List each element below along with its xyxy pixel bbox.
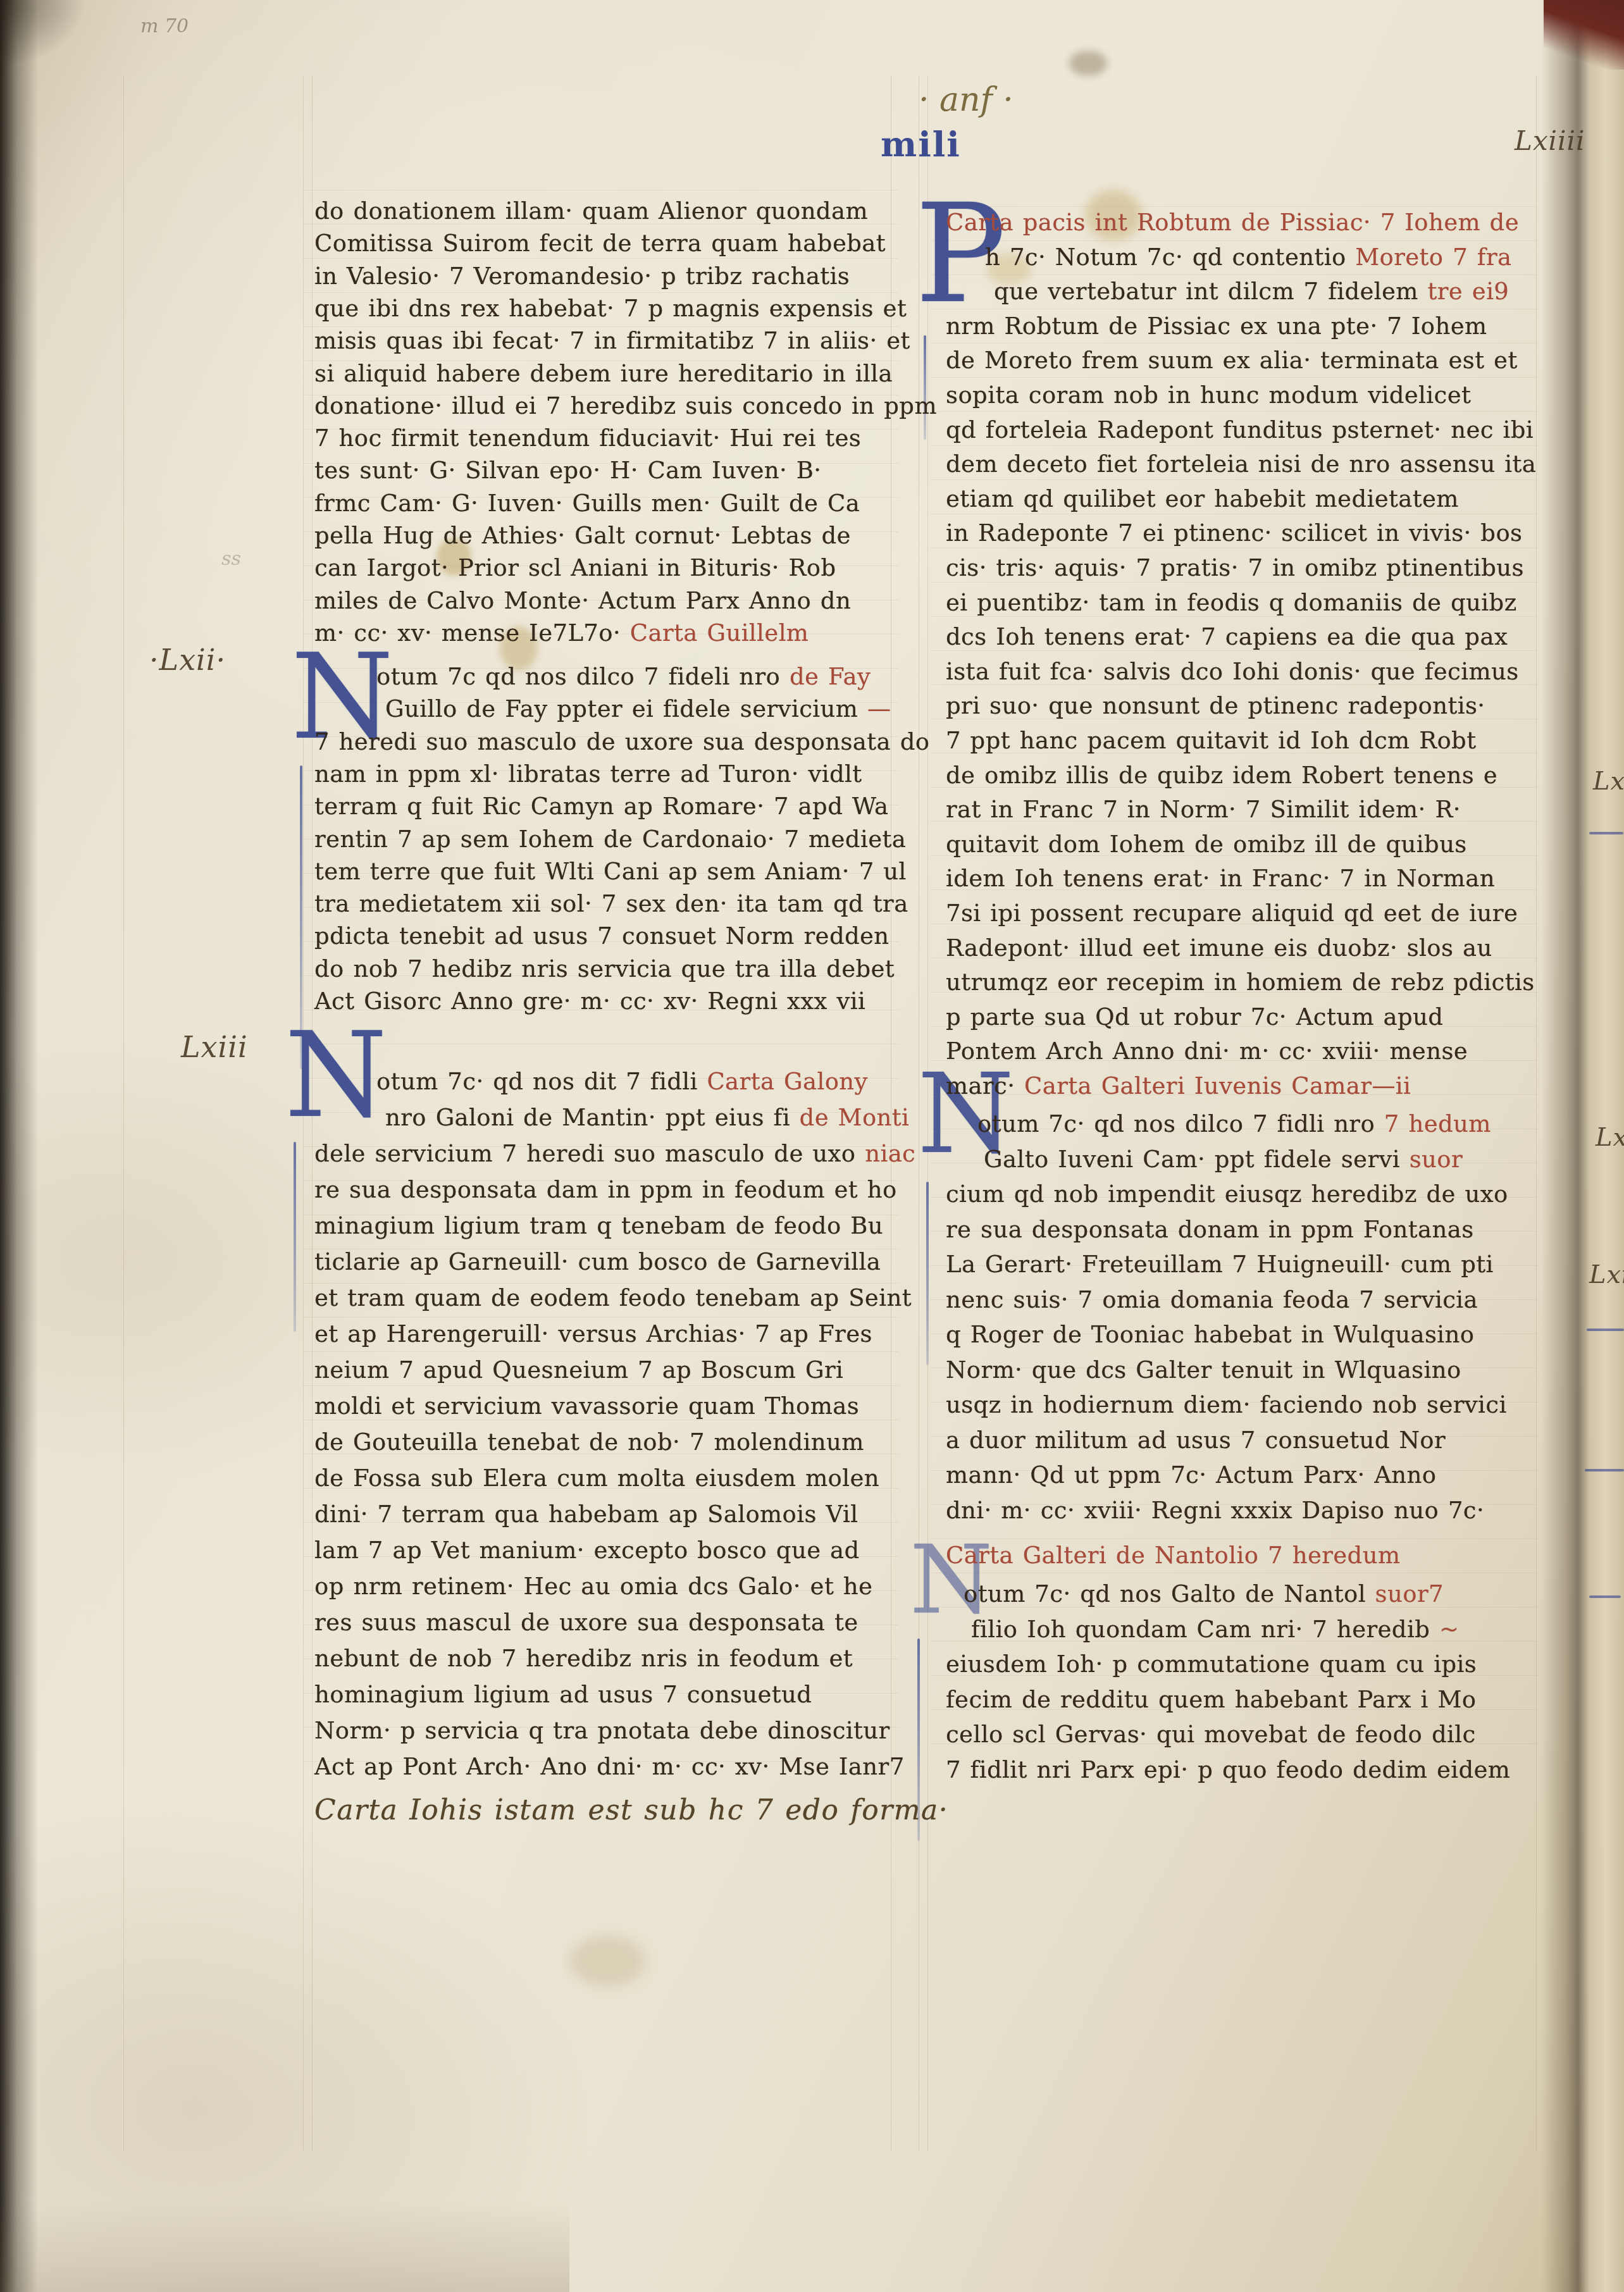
body-text: fecim de redditu quem habebant Parx i Mo [946, 1686, 1476, 1713]
body-text: 7 heredi suo masculo de uxore sua despon… [314, 728, 929, 755]
text-line: can Iargot· Prior scl Aniani in Bituris·… [314, 554, 836, 581]
rubric-text: tre ei9 [1428, 278, 1509, 305]
header-ink-mark: · anf · [919, 81, 1013, 119]
text-line: 7 hoc firmit tenendum fiduciavit· Hui re… [314, 424, 861, 452]
text-line: frmc Cam· G· Iuven· Guills men· Guilt de… [314, 490, 860, 517]
text-line: tes sunt· G· Silvan epo· H· Cam Iuven· B… [314, 457, 822, 484]
text-line: re sua desponsata donam in ppm Fontanas [946, 1216, 1474, 1243]
text-line: neium 7 apud Quesneium 7 ap Boscum Gri [314, 1356, 843, 1384]
body-text: nam in ppm xl· libratas terre ad Turon· … [314, 760, 862, 788]
text-line: re sua desponsata dam in ppm in feodum e… [314, 1176, 897, 1203]
text-line: Act Gisorc Anno gre· m· cc· xv· Regni xx… [314, 988, 865, 1015]
body-text: dele servicium 7 heredi suo masculo de u… [314, 1140, 865, 1167]
text-line: dini· 7 terram qua habebam ap Salomois V… [314, 1501, 858, 1528]
body-text: re sua desponsata dam in ppm in feodum e… [314, 1176, 897, 1203]
text-line: in Valesio· 7 Veromandesio· p tribz rach… [314, 263, 850, 290]
body-text: tra medietatem xii sol· 7 sex den· ita t… [314, 890, 908, 917]
rubric-text: Carta pacis int Robtum de Pissiac· 7 Ioh… [946, 209, 1519, 236]
body-text: ista fuit fca· salvis dco Iohi donis· qu… [946, 658, 1519, 685]
text-line: minagium ligium tram q tenebam de feodo … [314, 1212, 883, 1239]
text-line: tra medietatem xii sol· 7 sex den· ita t… [314, 890, 908, 917]
text-line: 7 fidlit nri Parx epi· p quo feodo dedim… [946, 1756, 1510, 1783]
body-text: etiam qd quilibet eor habebit medietatem [946, 485, 1459, 512]
text-line: Guillo de Fay ppter ei fidele servicium … [385, 695, 891, 722]
text-line: otum 7c· qd nos Galto de Nantol suor7 [964, 1580, 1444, 1607]
top-left-corner-shadow [0, 0, 139, 101]
text-line: usqz in hodiernum diem· faciendo nob ser… [946, 1391, 1507, 1418]
body-text: tes sunt· G· Silvan epo· H· Cam Iuven· B… [314, 457, 822, 484]
body-text: 7 hoc firmit tenendum fiduciavit· Hui re… [314, 424, 861, 452]
body-text: Act Gisorc Anno gre· m· cc· xv· Regni xx… [314, 988, 865, 1015]
rubric-text: Carta Galony [707, 1068, 868, 1095]
text-line: 7 heredi suo masculo de uxore sua despon… [314, 728, 929, 755]
manuscript-page: · anf · mili m 70 ss NNPNN do donationem… [0, 0, 1624, 2292]
text-line: otum 7c· qd nos dit 7 fidli Carta Galony [376, 1068, 868, 1095]
body-text: de Gouteuilla tenebat de nob· 7 molendin… [314, 1428, 864, 1456]
initial-flourish [924, 335, 926, 440]
body-text: cium qd nob impendit eiusqz heredibz de … [946, 1180, 1508, 1208]
text-line: Comitissa Suirom fecit de terra quam hab… [314, 230, 886, 257]
rubric-text: suor7 [1375, 1580, 1444, 1607]
body-text: Norm· que dcs Galter tenuit in Wlquasino [946, 1356, 1461, 1384]
text-line: q Roger de Tooniac habebat in Wulquasino [946, 1321, 1474, 1348]
text-line: otum 7c qd nos dilco 7 fideli nro de Fay [376, 663, 871, 690]
initial-flourish [926, 1182, 929, 1365]
text-line: nebunt de nob 7 heredibz nris in feodum … [314, 1645, 853, 1672]
text-line: misis quas ibi fecat· 7 in firmitatibz 7… [314, 327, 910, 354]
text-line: moldi et servicium vavassorie quam Thoma… [314, 1392, 859, 1420]
body-text: rentin 7 ap sem Iohem de Cardonaio· 7 me… [314, 826, 906, 853]
text-line: qd forteleia Radepont funditus psternet·… [946, 416, 1534, 443]
body-text: in Radeponte 7 ei ptinenc· scilicet in v… [946, 519, 1523, 547]
facing-page-numeral-fragment: Lx [1596, 1123, 1624, 1152]
body-text: nro Galoni de Mantin· ppt eius fi [385, 1104, 800, 1131]
text-line: Norm· p servicia q tra pnotata debe dino… [314, 1717, 890, 1744]
margin-rule-line [123, 76, 124, 2151]
chapter-numeral-left: ·Lxii· [149, 643, 226, 677]
facing-page-blue-stroke [1589, 1595, 1621, 1598]
rubric-text: niac [865, 1140, 915, 1167]
body-text: mann· Qd ut ppm 7c· Actum Parx· Anno [946, 1461, 1436, 1489]
body-text: hominagium ligium ad usus 7 consuetud [314, 1681, 812, 1708]
body-text: do nob 7 hedibz nris servicia que tra il… [314, 955, 895, 982]
text-line: do donationem illam· quam Alienor quonda… [314, 197, 868, 225]
body-text: que ibi dns rex habebat· 7 p magnis expe… [314, 295, 907, 322]
text-line: Act ap Pont Arch· Ano dni· m· cc· xv· Ms… [314, 1753, 905, 1780]
text-line: si aliquid habere debem iure hereditario… [314, 360, 893, 387]
stain [569, 1936, 645, 1986]
chapter-numeral-right: Lxiiii [1515, 125, 1585, 156]
text-line: sopita coram nob in hunc modum videlicet [946, 381, 1471, 409]
body-text: dni· m· cc· xviii· Regni xxxix Dapiso nu… [946, 1497, 1484, 1524]
body-text: sopita coram nob in hunc modum videlicet [946, 381, 1471, 409]
body-text: Carta Iohis istam est sub hc 7 edo forma… [314, 1794, 948, 1826]
body-text: misis quas ibi fecat· 7 in firmitatibz 7… [314, 327, 910, 354]
body-text: de Fossa sub Elera cum molta eiusdem mol… [314, 1465, 879, 1492]
text-line: fecim de redditu quem habebant Parx i Mo [946, 1686, 1476, 1713]
body-text: nenc suis· 7 omia domania feoda 7 servic… [946, 1286, 1478, 1313]
body-text: q Roger de Tooniac habebat in Wulquasino [946, 1321, 1474, 1348]
body-text: tem terre que fuit Wlti Cani ap sem Ania… [314, 858, 907, 885]
text-line: pella Hug de Athies· Galt cornut· Lebtas… [314, 522, 851, 549]
body-text: rat in Franc 7 in Norm· 7 Similit idem· … [946, 796, 1461, 823]
body-text: pella Hug de Athies· Galt cornut· Lebtas… [314, 522, 851, 549]
text-line: de omibz illis de quibz idem Robert tene… [946, 762, 1497, 789]
initial-flourish [294, 1142, 296, 1332]
body-text: de omibz illis de quibz idem Robert tene… [946, 762, 1497, 789]
body-text: in Valesio· 7 Veromandesio· p tribz rach… [314, 263, 850, 290]
text-line: a duor militum ad usus 7 consuetud Nor [946, 1427, 1446, 1454]
body-text: minagium ligium tram q tenebam de feodo … [314, 1212, 883, 1239]
text-line: 7si ipi possent recupare aliquid qd eet … [946, 900, 1518, 927]
text-line: cello scl Gervas· qui movebat de feodo d… [946, 1721, 1476, 1748]
body-text: frmc Cam· G· Iuven· Guills men· Guilt de… [314, 490, 860, 517]
body-text: et ap Harengeruill· versus Archias· 7 ap… [314, 1320, 872, 1347]
body-text: Guillo de Fay ppter ei fidele servicium [385, 695, 867, 722]
text-line: Carta pacis int Robtum de Pissiac· 7 Ioh… [946, 209, 1519, 236]
body-text: nebunt de nob 7 heredibz nris in feodum … [314, 1645, 853, 1672]
pencil-note: m 70 [140, 15, 189, 37]
facing-page-blue-stroke [1589, 832, 1623, 834]
text-line: lam 7 ap Vet manium· excepto bosco que a… [314, 1537, 860, 1564]
text-line: do nob 7 hedibz nris servicia que tra il… [314, 955, 895, 982]
body-text: dini· 7 terram qua habebam ap Salomois V… [314, 1501, 858, 1528]
rubric-text: Carta Galteri de Nantolio 7 heredum [946, 1542, 1400, 1569]
body-text: a duor militum ad usus 7 consuetud Nor [946, 1427, 1446, 1454]
body-text: filio Ioh quondam Cam nri· 7 heredib [971, 1616, 1439, 1643]
stain [1069, 51, 1107, 76]
body-text: p parte sua Qd ut robur 7c· Actum apud [946, 1003, 1443, 1031]
text-line: m· cc· xv· mense Ie7L7o· Carta Guillelm [314, 619, 809, 647]
text-line: p parte sua Qd ut robur 7c· Actum apud [946, 1003, 1443, 1031]
body-text: que vertebatur int dilcm 7 fidelem [994, 278, 1428, 305]
text-line: miles de Calvo Monte· Actum Parx Anno dn [314, 587, 851, 614]
text-line: terram q fuit Ric Camyn ap Romare· 7 apd… [314, 793, 889, 820]
body-text: eiusdem Ioh· p commutatione quam cu ipis [946, 1651, 1477, 1678]
body-text: lam 7 ap Vet manium· excepto bosco que a… [314, 1537, 860, 1564]
text-line: nrm Robtum de Pissiac ex una pte· 7 Iohe… [946, 313, 1487, 340]
text-line: Norm· que dcs Galter tenuit in Wlquasino [946, 1356, 1461, 1384]
text-line: La Gerart· Freteuillam 7 Huigneuill· cum… [946, 1251, 1494, 1278]
text-line: rat in Franc 7 in Norm· 7 Similit idem· … [946, 796, 1461, 823]
body-text: op nrm retinem· Hec au omia dcs Galo· et… [314, 1573, 872, 1600]
rubric-text: Moreto 7 fra [1355, 244, 1511, 271]
body-text: res suus mascul de uxore sua desponsata … [314, 1609, 858, 1636]
text-line: quitavit dom Iohem de omibz ill de quibu… [946, 831, 1467, 858]
body-text: otum 7c· qd nos Galto de Nantol [964, 1580, 1375, 1607]
body-text: do donationem illam· quam Alienor quonda… [314, 197, 868, 225]
text-line: de Moreto frem suum ex alia· terminata e… [946, 347, 1518, 374]
body-text: nrm Robtum de Pissiac ex una pte· 7 Iohe… [946, 313, 1487, 340]
body-text: dcs Ioh tenens erat· 7 capiens ea die qu… [946, 623, 1508, 650]
text-line: que ibi dns rex habebat· 7 p magnis expe… [314, 295, 907, 322]
text-line: dele servicium 7 heredi suo masculo de u… [314, 1140, 915, 1167]
body-text: Norm· p servicia q tra pnotata debe dino… [314, 1717, 890, 1744]
body-text: cis· tris· aquis· 7 pratis· 7 in omibz p… [946, 554, 1524, 581]
text-line: de Gouteuilla tenebat de nob· 7 molendin… [314, 1428, 864, 1456]
text-line: nenc suis· 7 omia domania feoda 7 servic… [946, 1286, 1478, 1313]
body-text: neium 7 apud Quesneium 7 ap Boscum Gri [314, 1356, 843, 1384]
text-line: Galto Iuveni Cam· ppt fidele servi suor [984, 1146, 1463, 1173]
left-edge-shadow [0, 0, 38, 2292]
text-line: mann· Qd ut ppm 7c· Actum Parx· Anno [946, 1461, 1436, 1489]
text-line: ei puentibz· tam in feodis q domaniis de… [946, 589, 1517, 616]
text-line: Carta Galteri de Nantolio 7 heredum [946, 1542, 1400, 1569]
body-text: terram q fuit Ric Camyn ap Romare· 7 apd… [314, 793, 889, 820]
text-line: rentin 7 ap sem Iohem de Cardonaio· 7 me… [314, 826, 906, 853]
body-text: can Iargot· Prior scl Aniani in Bituris·… [314, 554, 836, 581]
text-line: nro Galoni de Mantin· ppt eius fi de Mon… [385, 1104, 909, 1131]
text-line: 7 ppt hanc pacem quitavit id Ioh dcm Rob… [946, 727, 1476, 754]
text-line: op nrm retinem· Hec au omia dcs Galo· et… [314, 1573, 872, 1600]
text-line: idem Ioh tenens erat· in Franc· 7 in Nor… [946, 865, 1495, 892]
bottom-edge-shadow [0, 2202, 569, 2292]
body-text: otum 7c· qd nos dit 7 fidli [376, 1068, 707, 1095]
body-text: dem deceto fiet forteleia nisi de nro as… [946, 450, 1536, 478]
facing-page-numeral-fragment: Lxv [1593, 767, 1624, 796]
body-text: Radepont· illud eet imune eis duobz· slo… [946, 934, 1492, 962]
body-text: 7 ppt hanc pacem quitavit id Ioh dcm Rob… [946, 727, 1476, 754]
body-text: miles de Calvo Monte· Actum Parx Anno dn [314, 587, 851, 614]
illuminated-initial: N [285, 1029, 387, 1122]
rubric-text: de Monti [800, 1104, 910, 1131]
text-line: etiam qd quilibet eor habebit medietatem [946, 485, 1459, 512]
facing-page-blue-stroke [1585, 1469, 1624, 1471]
body-text: ei puentibz· tam in feodis q domaniis de… [946, 589, 1517, 616]
text-line: in Radeponte 7 ei ptinenc· scilicet in v… [946, 519, 1523, 547]
body-text: Galto Iuveni Cam· ppt fidele servi [984, 1146, 1410, 1173]
body-text: Comitissa Suirom fecit de terra quam hab… [314, 230, 886, 257]
text-line: donatione· illud ei 7 heredibz suis conc… [314, 392, 937, 419]
body-text: quitavit dom Iohem de omibz ill de quibu… [946, 831, 1467, 858]
body-text: ticlarie ap Garneuill· cum bosco de Garn… [314, 1248, 881, 1275]
facing-page-numeral-fragment: Lxix [1589, 1260, 1624, 1289]
rubric-text: ~ [1439, 1616, 1459, 1643]
body-text: marc· [946, 1072, 1024, 1100]
rubric-text: Carta Guillelm [630, 619, 809, 647]
facing-page-blue-stroke [1587, 1329, 1624, 1331]
text-line: cis· tris· aquis· 7 pratis· 7 in omibz p… [946, 554, 1524, 581]
chapter-numeral-left: Lxiii [181, 1030, 248, 1064]
text-line: ista fuit fca· salvis dco Iohi donis· qu… [946, 658, 1519, 685]
header-blue-numeral: mili [881, 124, 961, 164]
text-line: res suus mascul de uxore sua desponsata … [314, 1609, 858, 1636]
text-line: pdicta tenebit ad usus 7 consuet Norm re… [314, 922, 889, 950]
text-line: Pontem Arch Anno dni· m· cc· xviii· mens… [946, 1038, 1468, 1065]
text-line: hominagium ligium ad usus 7 consuetud [314, 1681, 812, 1708]
body-text: 7 fidlit nri Parx epi· p quo feodo dedim… [946, 1756, 1510, 1783]
rubric-text: de Fay [790, 663, 871, 690]
rubric-text: Carta Galteri Iuvenis Camar—ii [1024, 1072, 1411, 1100]
body-text: m· cc· xv· mense Ie7L7o· [314, 619, 630, 647]
body-text: et tram quam de eodem feodo tenebam ap S… [314, 1284, 912, 1311]
text-line: utrumqz eor recepim in homiem de rebz pd… [946, 969, 1535, 996]
text-line: que vertebatur int dilcm 7 fidelem tre e… [994, 278, 1509, 305]
text-line: tem terre que fuit Wlti Cani ap sem Ania… [314, 858, 907, 885]
text-line: et tram quam de eodem feodo tenebam ap S… [314, 1284, 912, 1311]
body-text: Pontem Arch Anno dni· m· cc· xviii· mens… [946, 1038, 1468, 1065]
text-line: otum 7c· qd nos dilco 7 fidli nro 7 hedu… [977, 1110, 1491, 1137]
body-text: utrumqz eor recepim in homiem de rebz pd… [946, 969, 1535, 996]
body-text: usqz in hodiernum diem· faciendo nob ser… [946, 1391, 1507, 1418]
body-text: qd forteleia Radepont funditus psternet·… [946, 416, 1534, 443]
body-text: pdicta tenebit ad usus 7 consuet Norm re… [314, 922, 889, 950]
text-line: et ap Harengeruill· versus Archias· 7 ap… [314, 1320, 872, 1347]
rubric-text: 7 hedum [1384, 1110, 1491, 1137]
binding-corner [1544, 0, 1624, 70]
body-text: moldi et servicium vavassorie quam Thoma… [314, 1392, 859, 1420]
body-text: otum 7c· qd nos dilco 7 fidli nro [977, 1110, 1384, 1137]
text-line: h 7c· Notum 7c· qd contentio Moreto 7 fr… [985, 244, 1511, 271]
text-line: nam in ppm xl· libratas terre ad Turon· … [314, 760, 862, 788]
text-line: dem deceto fiet forteleia nisi de nro as… [946, 450, 1536, 478]
text-line: eiusdem Ioh· p commutatione quam cu ipis [946, 1651, 1477, 1678]
text-line: ticlarie ap Garneuill· cum bosco de Garn… [314, 1248, 881, 1275]
body-text: Act ap Pont Arch· Ano dni· m· cc· xv· Ms… [314, 1753, 905, 1780]
text-line: de Fossa sub Elera cum molta eiusdem mol… [314, 1465, 879, 1492]
text-line: cium qd nob impendit eiusqz heredibz de … [946, 1180, 1508, 1208]
body-text: 7si ipi possent recupare aliquid qd eet … [946, 900, 1518, 927]
body-text: re sua desponsata donam in ppm Fontanas [946, 1216, 1474, 1243]
body-text: otum 7c qd nos dilco 7 fideli nro [376, 663, 790, 690]
rubric-text: suor [1410, 1146, 1463, 1173]
body-text: idem Ioh tenens erat· in Franc· 7 in Nor… [946, 865, 1495, 892]
text-line: dni· m· cc· xviii· Regni xxxix Dapiso nu… [946, 1497, 1484, 1524]
text-line: dcs Ioh tenens erat· 7 capiens ea die qu… [946, 623, 1508, 650]
text-line: pri suo· que nonsunt de ptinenc radepont… [946, 692, 1485, 719]
margin-scribble: ss [221, 548, 241, 570]
text-line: filio Ioh quondam Cam nri· 7 heredib ~ [971, 1616, 1459, 1643]
body-text: h 7c· Notum 7c· qd contentio [985, 244, 1355, 271]
text-line: marc· Carta Galteri Iuvenis Camar—ii [946, 1072, 1411, 1100]
body-text: pri suo· que nonsunt de ptinenc radepont… [946, 692, 1485, 719]
body-text: de Moreto frem suum ex alia· terminata e… [946, 347, 1518, 374]
text-line: Radepont· illud eet imune eis duobz· slo… [946, 934, 1492, 962]
body-text: cello scl Gervas· qui movebat de feodo d… [946, 1721, 1476, 1748]
body-text: La Gerart· Freteuillam 7 Huigneuill· cum… [946, 1251, 1494, 1278]
body-text: si aliquid habere debem iure hereditario… [314, 360, 893, 387]
rubric-text: — [867, 695, 891, 722]
body-text: donatione· illud ei 7 heredibz suis conc… [314, 392, 937, 419]
text-line: Carta Iohis istam est sub hc 7 edo forma… [314, 1794, 948, 1826]
